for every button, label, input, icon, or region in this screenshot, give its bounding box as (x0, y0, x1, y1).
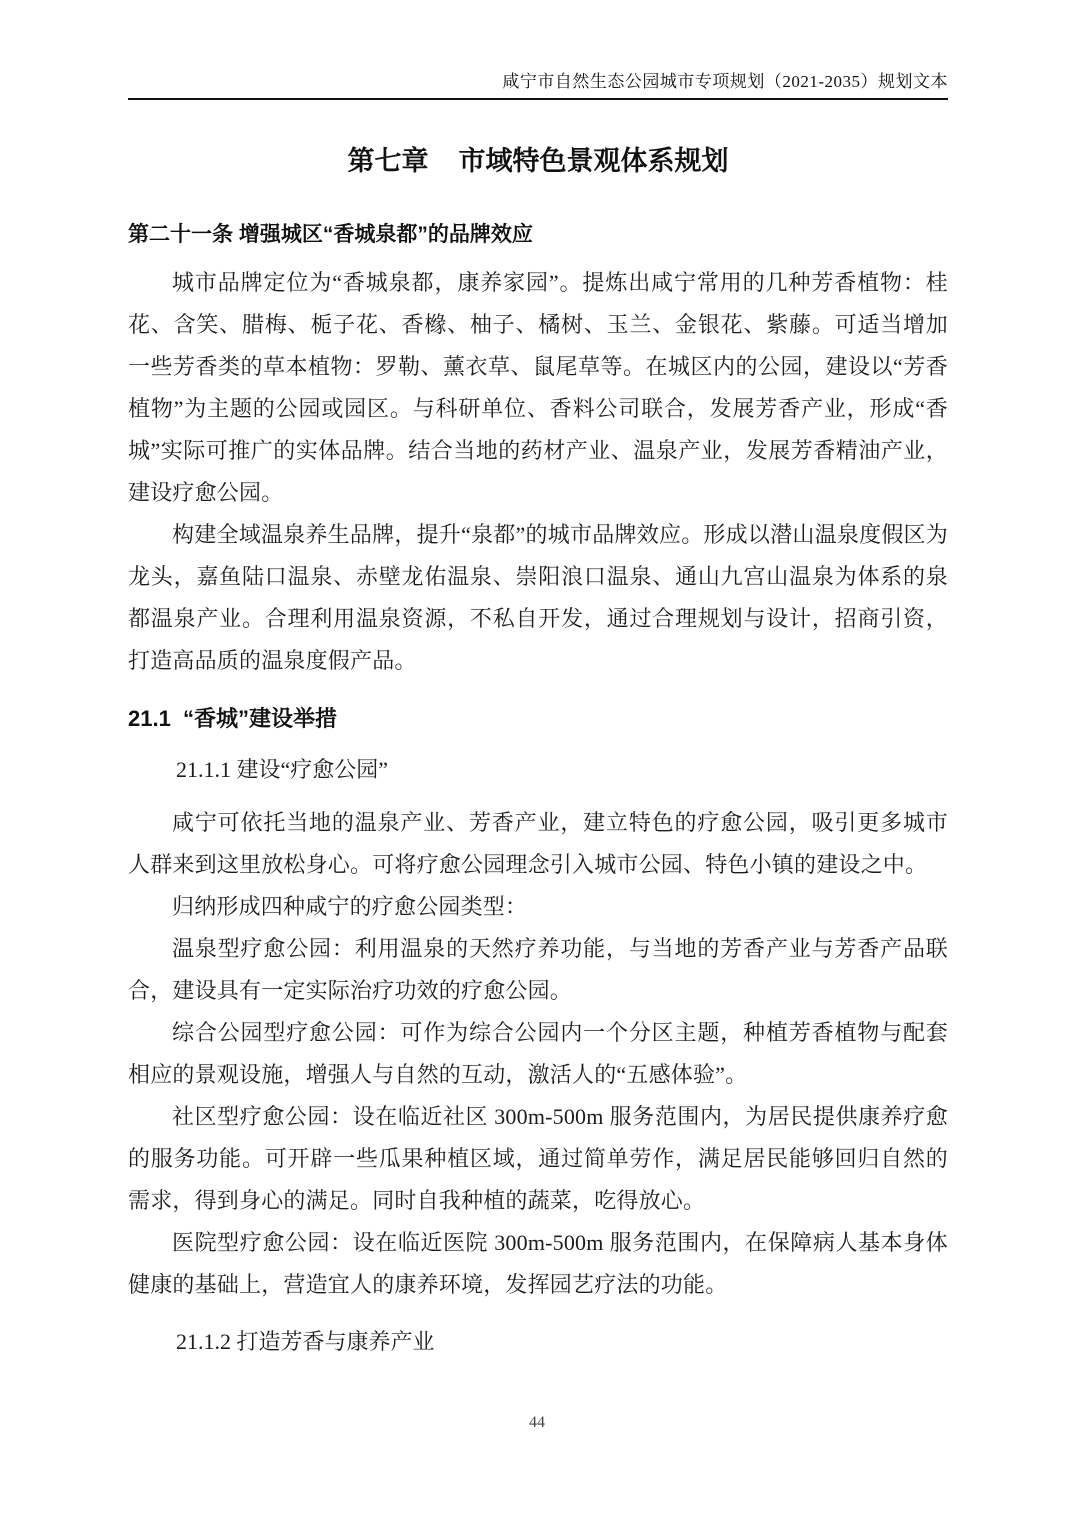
body-paragraph: 温泉型疗愈公园：利用温泉的天然疗养功能，与当地的芳香产业与芳香产品联合，建设具有… (128, 928, 948, 1012)
subsubsection-heading-1: 21.1.1 建设“疗愈公园” (128, 754, 948, 786)
intro-paragraph: 城市品牌定位为“香城泉都，康养家园”。提炼出咸宁常用的几种芳香植物：桂花、含笑、… (128, 262, 948, 514)
body-paragraph: 医院型疗愈公园：设在临近医院 300m-500m 服务范围内，在保障病人基本身体… (128, 1222, 948, 1306)
body-paragraph: 综合公园型疗愈公园：可作为综合公园内一个分区主题，种植芳香植物与配套相应的景观设… (128, 1012, 948, 1096)
page-footer: 44 (0, 1414, 1074, 1432)
page-header: 咸宁市自然生态公园城市专项规划（2021-2035）规划文本 (128, 0, 948, 108)
body-paragraph: 归纳形成四种咸宁的疗愈公园类型： (128, 886, 948, 928)
intro-paragraph: 构建全域温泉养生品牌，提升“泉都”的城市品牌效应。形成以潜山温泉度假区为龙头，嘉… (128, 514, 948, 682)
document-page: 咸宁市自然生态公园城市专项规划（2021-2035）规划文本 第七章 市域特色景… (0, 0, 1074, 1520)
section-heading: 第二十一条 增强城区“香城泉都”的品牌效应 (128, 220, 948, 250)
subsection-heading: 21.1 “香城”建设举措 (128, 704, 948, 734)
running-header-title: 咸宁市自然生态公园城市专项规划（2021-2035）规划文本 (128, 0, 948, 94)
body-paragraph: 社区型疗愈公园：设在临近社区 300m-500m 服务范围内，为居民提供康养疗愈… (128, 1096, 948, 1222)
page-number: 44 (529, 1414, 545, 1431)
body-paragraph: 咸宁可依托当地的温泉产业、芳香产业，建立特色的疗愈公园，吸引更多城市人群来到这里… (128, 802, 948, 886)
subsubsection-heading-2: 21.1.2 打造芳香与康养产业 (128, 1326, 948, 1358)
chapter-title: 第七章 市域特色景观体系规划 (128, 144, 948, 178)
document-content: 第七章 市域特色景观体系规划 第二十一条 增强城区“香城泉都”的品牌效应 城市品… (128, 104, 948, 1374)
header-divider (128, 98, 948, 100)
